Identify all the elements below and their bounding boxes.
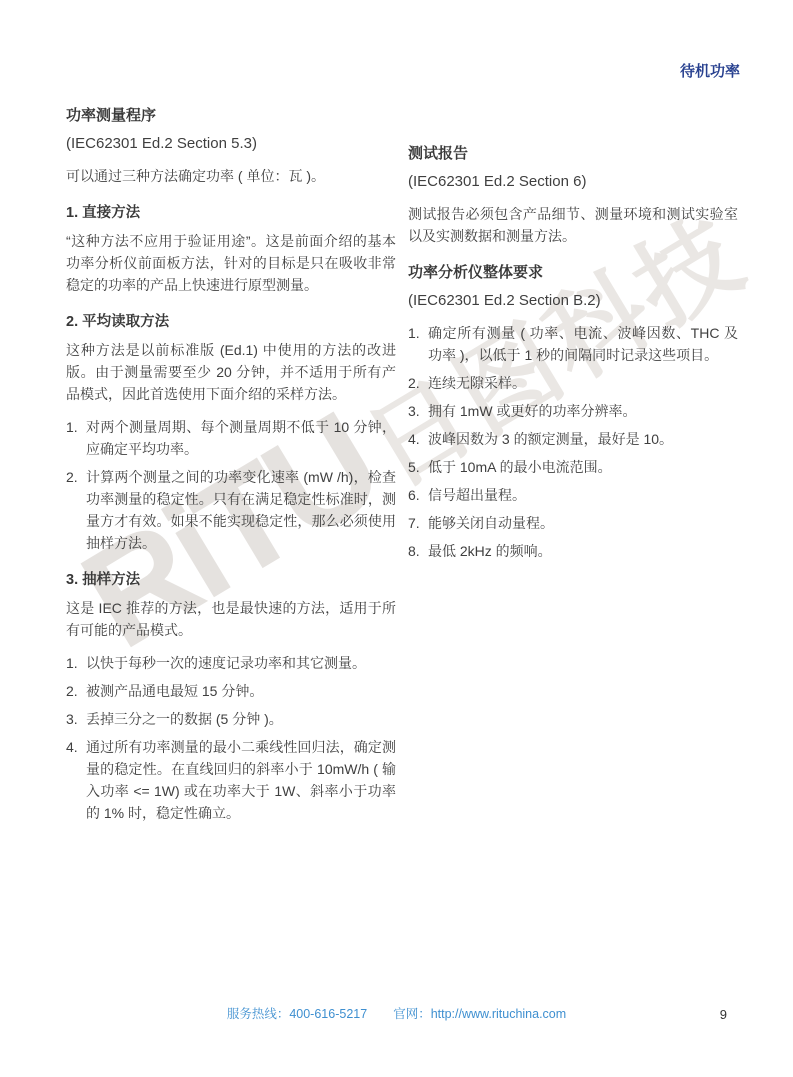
method-paragraph: 这是 IEC 推荐的方法，也是最快速的方法，适用于所有可能的产品模式。 <box>66 597 396 641</box>
list-item: 连续无隙采样。 <box>408 372 738 394</box>
section-heading-power-measurement: 功率测量程序 <box>66 106 396 126</box>
document-page: RiTU日图科技 待机功率 功率测量程序 (IEC62301 Ed.2 Sect… <box>0 0 793 1077</box>
section-intro: 可以通过三种方法确定功率 ( 单位：瓦 )。 <box>66 165 396 187</box>
section-heading-test-report: 测试报告 <box>408 144 738 164</box>
method-paragraph: “这种方法不应用于验证用途”。这是前面介绍的基本功率分析仪前面板方法，针对的目标… <box>66 230 396 296</box>
list-item: 以快于每秒一次的速度记录功率和其它测量。 <box>66 652 396 674</box>
numbered-list-sampling-method: 以快于每秒一次的速度记录功率和其它测量。 被测产品通电最短 15 分钟。 丢掉三… <box>66 652 396 824</box>
hotline-label: 服务热线： <box>227 1007 290 1021</box>
page-header-title: 待机功率 <box>680 60 740 81</box>
method-heading-average: 2. 平均读取方法 <box>66 312 396 332</box>
section-paragraph: 测试报告必须包含产品细节、测量环境和测试实验室以及实测数据和测量方法。 <box>408 203 738 247</box>
list-item: 通过所有功率测量的最小二乘线性回归法，确定测量的稳定性。在直线回归的斜率小于 1… <box>66 736 396 824</box>
list-item: 波峰因数为 3 的额定测量，最好是 10。 <box>408 428 738 450</box>
left-column: 功率测量程序 (IEC62301 Ed.2 Section 5.3) 可以通过三… <box>66 106 396 835</box>
method-heading-direct: 1. 直接方法 <box>66 203 396 223</box>
list-item: 最低 2kHz 的频响。 <box>408 540 738 562</box>
website-link[interactable]: http://www.rituchina.com <box>431 1007 566 1021</box>
page-footer: 服务热线：400-616-5217官网：http://www.rituchina… <box>0 1004 793 1022</box>
numbered-list-average-method: 对两个测量周期、每个测量周期不低于 10 分钟，应确定平均功率。 计算两个测量之… <box>66 416 396 554</box>
method-paragraph: 这种方法是以前标准版 (Ed.1) 中使用的方法的改进版。由于测量需要至少 20… <box>66 339 396 405</box>
list-item: 低于 10mA 的最小电流范围。 <box>408 456 738 478</box>
content-columns: 功率测量程序 (IEC62301 Ed.2 Section 5.3) 可以通过三… <box>66 106 738 835</box>
right-column: 测试报告 (IEC62301 Ed.2 Section 6) 测试报告必须包含产… <box>408 106 738 835</box>
page-number: 9 <box>720 1007 727 1022</box>
list-item: 丢掉三分之一的数据 (5 分钟 )。 <box>66 708 396 730</box>
section-subheading-iec-b-2: (IEC62301 Ed.2 Section B.2) <box>408 291 738 311</box>
list-item: 信号超出量程。 <box>408 484 738 506</box>
method-heading-sampling: 3. 抽样方法 <box>66 570 396 590</box>
website-label: 官网： <box>393 1007 431 1021</box>
list-item: 计算两个测量之间的功率变化速率 (mW /h)，检查功率测量的稳定性。只有在满足… <box>66 466 396 554</box>
section-subheading-iec-5-3: (IEC62301 Ed.2 Section 5.3) <box>66 134 396 154</box>
numbered-list-analyzer-requirements: 确定所有测量 ( 功率、电流、波峰因数、THC 及功率 )，以低于 1 秒的间隔… <box>408 322 738 562</box>
list-item: 对两个测量周期、每个测量周期不低于 10 分钟，应确定平均功率。 <box>66 416 396 460</box>
list-item: 拥有 1mW 或更好的功率分辨率。 <box>408 400 738 422</box>
list-item: 被测产品通电最短 15 分钟。 <box>66 680 396 702</box>
hotline-number: 400-616-5217 <box>289 1007 367 1021</box>
list-item: 能够关闭自动量程。 <box>408 512 738 534</box>
section-heading-analyzer-requirements: 功率分析仪整体要求 <box>408 263 738 283</box>
list-item: 确定所有测量 ( 功率、电流、波峰因数、THC 及功率 )，以低于 1 秒的间隔… <box>408 322 738 366</box>
section-subheading-iec-6: (IEC62301 Ed.2 Section 6) <box>408 172 738 192</box>
